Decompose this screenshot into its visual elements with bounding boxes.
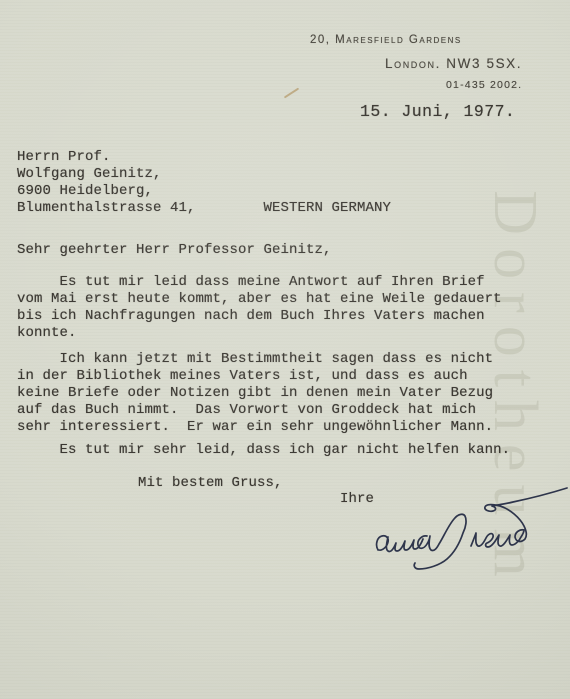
- valediction: Mit bestem Gruss,: [138, 475, 283, 492]
- recipient-address: Herrn Prof. Wolfgang Geinitz, 6900 Heide…: [17, 149, 391, 217]
- paper-scratch-mark: [284, 88, 299, 99]
- letterhead-street: 20, Maresfield Gardens: [310, 34, 462, 46]
- handwritten-signature-anna-freud: [370, 484, 570, 574]
- body-paragraph-1: Es tut mir leid dass meine Antwort auf I…: [17, 274, 502, 342]
- signature-pronoun: Ihre: [340, 491, 374, 508]
- salutation: Sehr geehrter Herr Professor Geinitz,: [17, 242, 332, 259]
- body-paragraph-3: Es tut mir sehr leid, dass ich gar nicht…: [17, 442, 510, 459]
- letterhead-phone: 01-435 2002.: [446, 79, 522, 91]
- body-paragraph-2: Ich kann jetzt mit Bestimmtheit sagen da…: [17, 351, 493, 436]
- letter-date: 15. Juni, 1977.: [360, 102, 515, 122]
- letterhead-city: London. NW3 5SX.: [385, 56, 522, 71]
- letter-page: Dorotheum 20, Maresfield Gardens London.…: [0, 0, 570, 699]
